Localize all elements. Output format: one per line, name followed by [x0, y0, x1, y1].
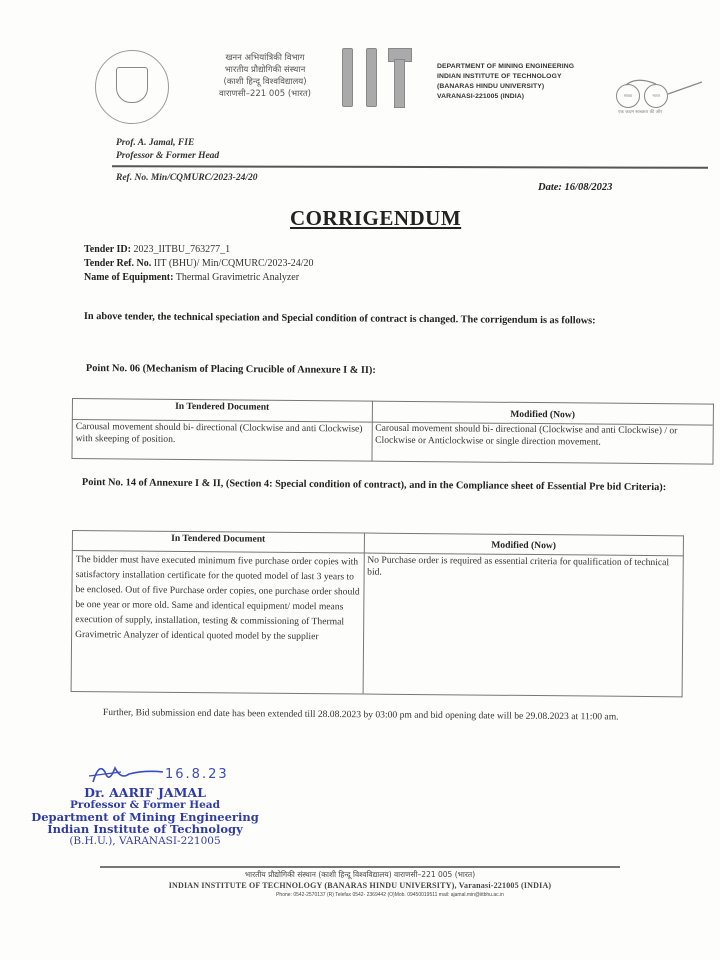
tender-id-row: Tender ID: 2023_IITBU_763277_1	[84, 243, 314, 257]
iit-logo-t-stem	[394, 59, 405, 108]
equipment-value: Thermal Gravimetric Analyzer	[176, 272, 299, 283]
institute-emblem	[95, 50, 169, 124]
iit-logo-bar-i2	[366, 48, 377, 107]
iit-logo	[336, 48, 416, 113]
point-06-heading: Point No. 06 (Mechanism of Placing Cruci…	[86, 362, 376, 377]
stamp-institute: Indian Institute of Technology	[30, 823, 260, 835]
shield-icon	[116, 67, 148, 103]
tender-id-value: 2023_IITBU_763277_1	[133, 244, 230, 255]
glasses-frame-icon	[612, 78, 712, 108]
point-14-heading: Point No. 14 of Annexure I & II, (Sectio…	[82, 476, 718, 495]
footer-divider	[100, 866, 620, 868]
dept-line: (BANARAS HINDU UNIVERSITY)	[437, 82, 574, 92]
sender-title: Professor & Former Head	[116, 150, 219, 163]
hindi-line: वाराणसी–221 005 (भारत)	[205, 88, 325, 100]
footer-english: INDIAN INSTITUTE OF TECHNOLOGY (BANARAS …	[100, 880, 620, 891]
tendered-cell: Carousal movement should bi- directional…	[72, 419, 372, 461]
signature-date: 16.8.23	[165, 767, 229, 782]
swachh-bharat-logo: स्वच्छ भारत एक कदम स्वच्छता की ओर	[612, 78, 712, 122]
stamp-location: (B.H.U.), VARANASI-221005	[30, 835, 260, 847]
hindi-address-block: खनन अभियांत्रिकी विभाग भारतीय प्रौद्योगि…	[205, 52, 325, 100]
footer: भारतीय प्रौद्योगिकी संस्थान (काशी हिन्दू…	[100, 869, 620, 900]
dept-line: VARANASI-221005 (INDIA)	[437, 92, 574, 102]
header-divider	[112, 165, 708, 168]
footer-hindi: भारतीय प्रौद्योगिकी संस्थान (काशी हिन्दू…	[100, 869, 620, 880]
tender-ref-row: Tender Ref. No. IIT (BHU)/ Min/CQMURC/20…	[84, 257, 314, 271]
modified-cell: No Purchase order is required as essenti…	[363, 553, 684, 697]
tender-ref-value: IIT (BHU)/ Min/CQMURC/2023-24/20	[154, 258, 314, 269]
column-header-modified: Modified (Now)	[372, 401, 714, 424]
point-14-table: In Tendered Document Modified (Now) The …	[71, 530, 684, 697]
tender-id-label: Tender ID:	[84, 244, 131, 255]
document-date: Date: 16/08/2023	[538, 182, 612, 193]
tender-ref-label: Tender Ref. No.	[84, 258, 151, 269]
column-header-tendered: In Tendered Document	[72, 531, 364, 553]
equipment-label: Name of Equipment:	[84, 272, 173, 283]
swachh-tagline: एक कदम स्वच्छता की ओर	[618, 109, 662, 115]
column-header-tendered: In Tendered Document	[72, 399, 372, 422]
footer-contact: Phone: 0542-2570137 (R) Telefax 0542- 23…	[100, 891, 620, 900]
hindi-line: खनन अभियांत्रिकी विभाग	[205, 52, 325, 64]
iit-logo-bar-i1	[342, 48, 353, 107]
document-title: CORRIGENDUM	[290, 206, 461, 231]
dept-line: DEPARTMENT OF MINING ENGINEERING	[437, 62, 574, 72]
point-06-table: In Tendered Document Modified (Now) Caro…	[71, 398, 714, 464]
department-address-block: DEPARTMENT OF MINING ENGINEERING INDIAN …	[437, 62, 574, 102]
equipment-row: Name of Equipment: Thermal Gravimetric A…	[84, 271, 314, 285]
reference-number: Ref. No. Min/CQMURC/2023-24/20	[116, 173, 257, 183]
sender-name: Prof. A. Jamal, FIE	[116, 137, 219, 150]
official-stamp: Dr. AARIF JAMAL Professor & Former Head …	[30, 787, 260, 847]
stamp-name: Dr. AARIF JAMAL	[30, 787, 260, 799]
sender-block: Prof. A. Jamal, FIE Professor & Former H…	[116, 137, 219, 163]
modified-cell: Carousal movement should bi- directional…	[371, 422, 713, 464]
hindi-line: भारतीय प्रौद्योगिकी संस्थान	[205, 64, 325, 76]
further-notice: Further, Bid submission end date has bee…	[103, 706, 720, 724]
tendered-cell: The bidder must have executed minimum fi…	[71, 550, 364, 694]
tender-info: Tender ID: 2023_IITBU_763277_1 Tender Re…	[84, 243, 314, 285]
hindi-line: (काशी हिन्दू विश्वविद्यालय)	[205, 76, 325, 88]
dept-line: INDIAN INSTITUTE OF TECHNOLOGY	[437, 72, 574, 82]
intro-paragraph: In above tender, the technical speciatio…	[84, 310, 714, 328]
